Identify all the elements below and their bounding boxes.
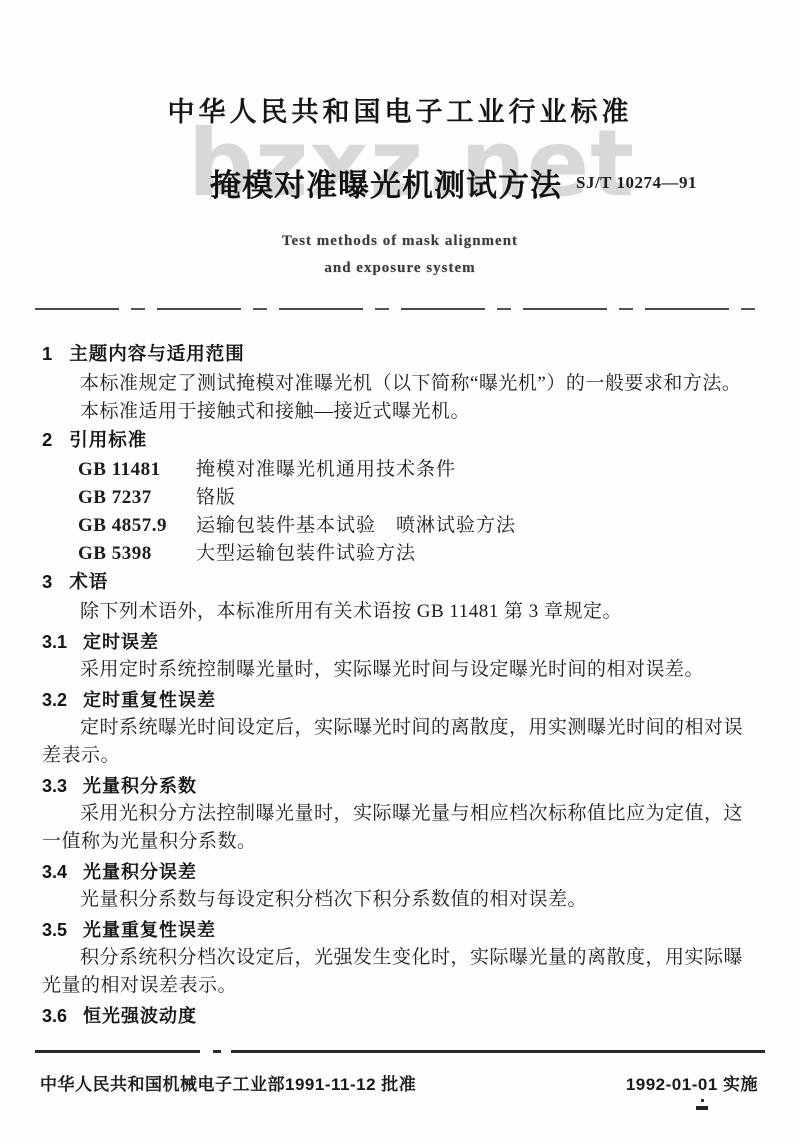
document-page: bzxz.net 中华人民共和国电子工业行业标准 掩模对准曝光机测试方法 SJ/… <box>0 0 800 1143</box>
section-2-heading: 2引用标准 <box>42 426 748 454</box>
term-3-3-heading: 3.3光量积分系数 <box>42 772 748 800</box>
term-3-5-number: 3.5 <box>42 920 67 940</box>
reference-item: GB 7237铬版 <box>78 484 748 512</box>
section-1-heading: 1主题内容与适用范围 <box>42 340 748 368</box>
reference-code: GB 5398 <box>78 540 196 568</box>
header-divider-line <box>35 308 765 310</box>
section-1-paragraph-1: 本标准规定了测试掩模对准曝光机（以下简称“曝光机”）的一般要求和方法。 <box>42 370 748 398</box>
english-subtitle-line1: Test methods of mask alignment <box>0 228 800 255</box>
footer-effective-date: 1992-01-01 实施 <box>626 1070 758 1095</box>
term-3-4-heading: 3.4光量积分误差 <box>42 858 748 886</box>
reference-code: GB 7237 <box>78 484 196 512</box>
reference-title: 掩模对准曝光机通用技术条件 <box>196 459 456 480</box>
term-3-2-heading: 3.2定时重复性误差 <box>42 686 748 714</box>
term-3-6-heading: 3.6恒光强波动度 <box>42 1002 748 1030</box>
term-3-3-definition: 采用光积分方法控制曝光量时，实际曝光量与相应档次标称值比应为定值，这一值称为光量… <box>42 800 748 856</box>
scan-artifact-dash <box>696 1106 708 1110</box>
section-3-title: 术语 <box>69 571 108 592</box>
term-3-6-name: 恒光强波动度 <box>83 1006 197 1026</box>
reference-item: GB 4857.9运输包装件基本试验 喷淋试验方法 <box>78 512 748 540</box>
term-3-1-name: 定时误差 <box>83 632 159 652</box>
section-3-heading: 3术语 <box>42 568 748 596</box>
reference-title: 铬版 <box>196 487 236 508</box>
reference-list: GB 11481掩模对准曝光机通用技术条件 GB 7237铬版 GB 4857.… <box>78 456 748 568</box>
scan-artifact-dot <box>701 1099 704 1102</box>
term-3-2-definition: 定时系统曝光时间设定后，实际曝光时间的离散度，用实测曝光时间的相对误差表示。 <box>42 714 748 770</box>
section-1-paragraph-2: 本标准适用于接触式和接触—接近式曝光机。 <box>42 398 748 426</box>
section-2-number: 2 <box>42 429 53 450</box>
section-1-title: 主题内容与适用范围 <box>69 343 245 364</box>
english-subtitle-line2: and exposure system <box>0 255 800 282</box>
term-3-1-definition: 采用定时系统控制曝光量时，实际曝光时间与设定曝光时间的相对误差。 <box>42 656 748 684</box>
term-3-6-number: 3.6 <box>42 1006 67 1026</box>
title-row: 掩模对准曝光机测试方法 SJ/T 10274—91 <box>0 160 800 206</box>
term-3-5-name: 光量重复性误差 <box>83 920 216 940</box>
document-title: 掩模对准曝光机测试方法 <box>210 160 562 205</box>
reference-item: GB 5398大型运输包装件试验方法 <box>78 540 748 568</box>
page-number-mark <box>694 1099 710 1113</box>
footer-divider-line <box>35 1050 765 1053</box>
section-1-number: 1 <box>42 343 53 364</box>
reference-code: GB 4857.9 <box>78 512 196 540</box>
section-3-intro: 除下列术语外，本标准所用有关术语按 GB 11481 第 3 章规定。 <box>42 598 748 626</box>
term-3-5-definition: 积分系统积分档次设定后，光强发生变化时，实际曝光量的离散度，用实际曝光量的相对误… <box>42 944 748 1000</box>
term-3-2-name: 定时重复性误差 <box>83 690 216 710</box>
term-3-4-definition: 光量积分系数与每设定积分档次下积分系数值的相对误差。 <box>42 886 748 914</box>
english-subtitle: Test methods of mask alignment and expos… <box>0 228 800 282</box>
section-3-number: 3 <box>42 571 53 592</box>
footer-approval: 中华人民共和国机械电子工业部1991-11-12 批准 <box>40 1070 416 1095</box>
reference-title: 运输包装件基本试验 喷淋试验方法 <box>196 515 516 536</box>
reference-title: 大型运输包装件试验方法 <box>196 543 416 564</box>
term-3-5-heading: 3.5光量重复性误差 <box>42 916 748 944</box>
reference-code: GB 11481 <box>78 456 196 484</box>
standard-number: SJ/T 10274—91 <box>576 173 697 193</box>
footer: 中华人民共和国机械电子工业部1991-11-12 批准 1992-01-01 实… <box>40 1070 758 1095</box>
term-3-3-name: 光量积分系数 <box>83 776 197 796</box>
standard-org-title: 中华人民共和国电子工业行业标准 <box>0 90 800 129</box>
term-3-1-number: 3.1 <box>42 632 67 652</box>
section-2-title: 引用标准 <box>69 429 147 450</box>
term-3-4-name: 光量积分误差 <box>83 862 197 882</box>
reference-item: GB 11481掩模对准曝光机通用技术条件 <box>78 456 748 484</box>
document-body: 1主题内容与适用范围 本标准规定了测试掩模对准曝光机（以下简称“曝光机”）的一般… <box>42 340 748 1030</box>
term-3-1-heading: 3.1定时误差 <box>42 628 748 656</box>
term-3-4-number: 3.4 <box>42 862 67 882</box>
term-3-2-number: 3.2 <box>42 690 67 710</box>
term-3-3-number: 3.3 <box>42 776 67 796</box>
